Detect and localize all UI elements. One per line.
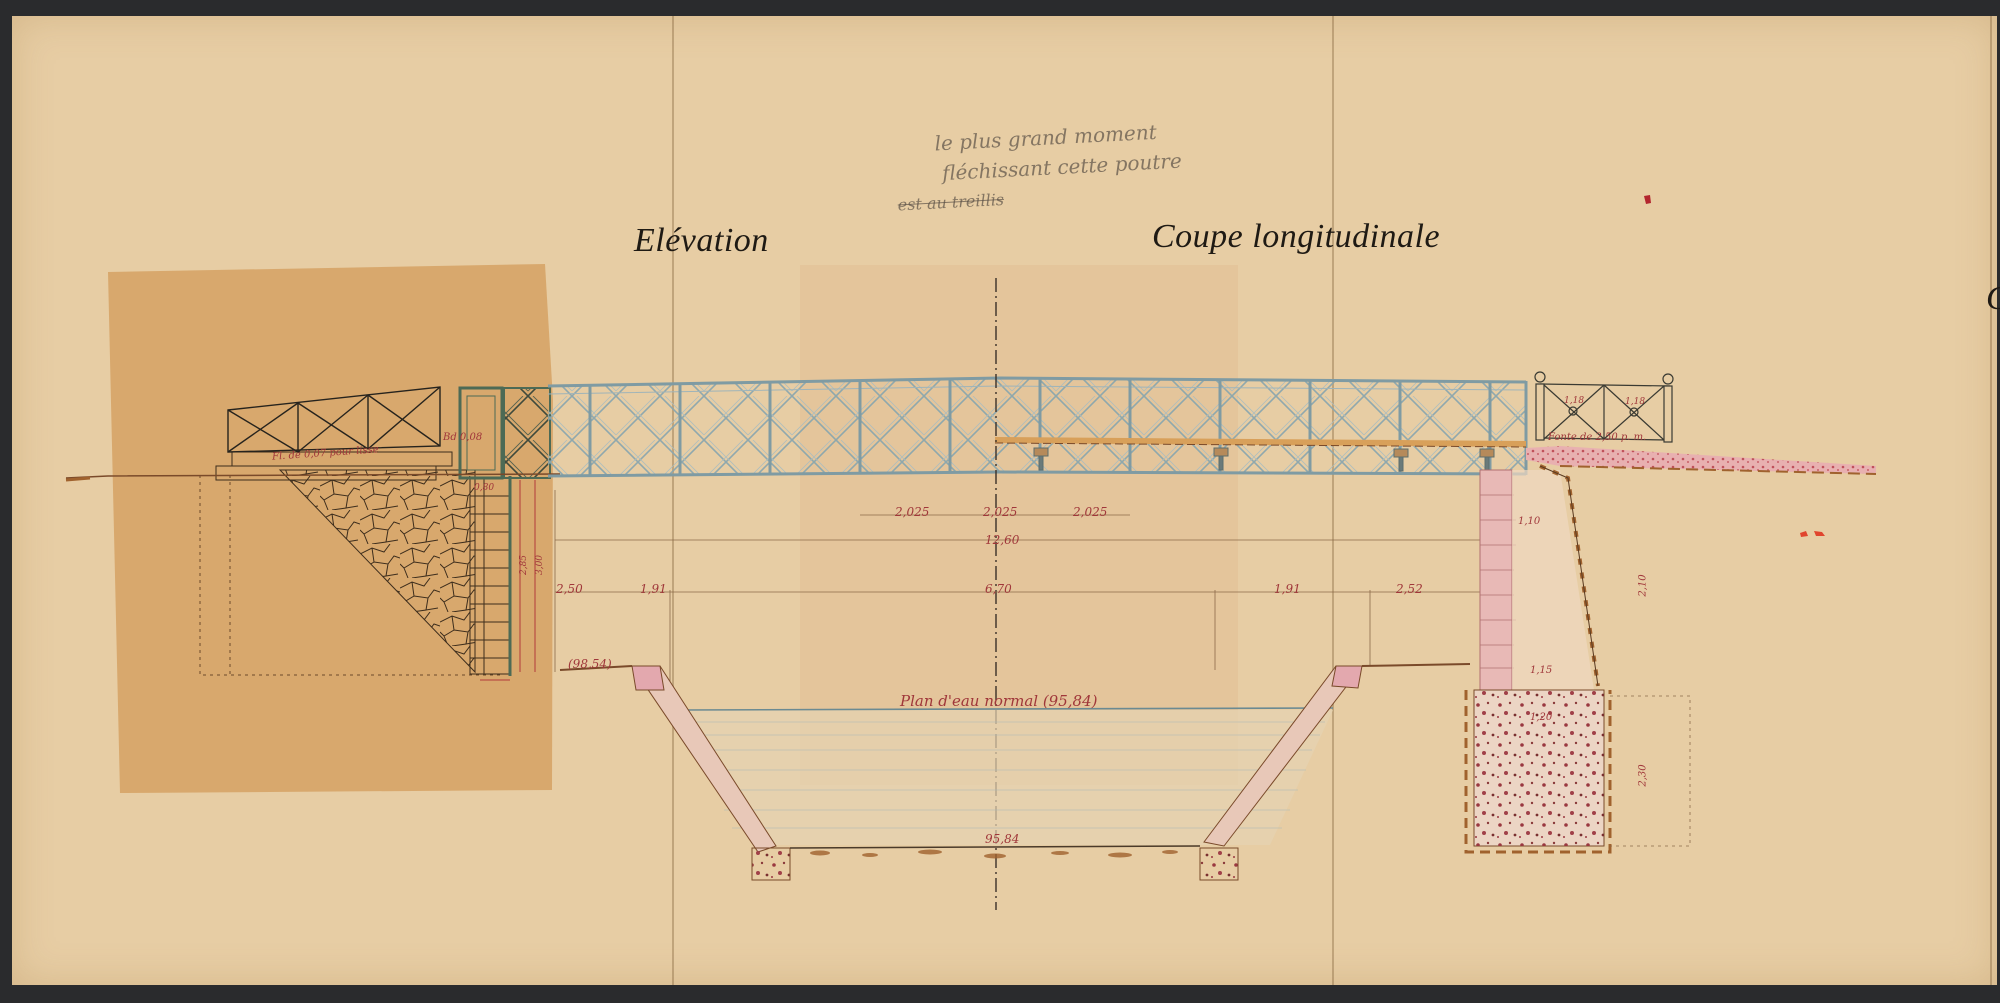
dim-railing-panel-right: 1,18 <box>1625 397 1645 407</box>
riverbed-level-label: 95,84 <box>985 832 1019 846</box>
right-abutment <box>1466 446 1876 852</box>
dim-panel-left: 2,025 <box>895 505 929 519</box>
dim-left-wall-width: 0,80 <box>474 483 494 493</box>
water-level-label: Plan d'eau normal (95,84) <box>900 692 1097 710</box>
dim-foundation-width: 1,20 <box>1530 712 1552 723</box>
dim-abutment-height: 2,10 <box>1638 574 1649 596</box>
section-title: Coupe longitudinale <box>1152 218 1440 256</box>
dim-left-wall-height: 2,85 <box>519 555 529 575</box>
tracing-paper-overlay <box>108 264 553 793</box>
ink-spot <box>1644 195 1651 204</box>
dim-abutment-top: 1,10 <box>1518 516 1540 527</box>
right-edge-title-fragment: C <box>1986 280 2000 318</box>
dim-abutment-base: 1,15 <box>1530 665 1552 676</box>
dim-panel-center: 2,025 <box>983 505 1017 519</box>
pencil-annotation: le plus grand moment fléchissant cette p… <box>934 116 1184 219</box>
dim-right-inner: 1,91 <box>1274 582 1301 596</box>
dim-left-inner: 1,91 <box>640 582 667 596</box>
dim-parapet: Bd 0,08 <box>443 432 482 443</box>
dim-left-offset: 2,50 <box>556 582 583 596</box>
dim-left-wall-total: 3,00 <box>535 555 545 575</box>
dim-panel-right: 2,025 <box>1073 505 1107 519</box>
dim-foundation-depth: 2,30 <box>1638 764 1649 786</box>
dim-bank-left-level: (98,54) <box>568 657 612 671</box>
dim-span-total: 12,60 <box>985 533 1019 547</box>
dim-railing-panel-left: 1,18 <box>1564 396 1584 406</box>
lattice-girder <box>548 378 1526 476</box>
elevation-title: Elévation <box>634 222 769 260</box>
ink-spot <box>1800 531 1825 537</box>
dim-railing-right: Fonte de 2,50 p. m. <box>1548 432 1646 443</box>
dim-right-offset: 2,52 <box>1396 582 1423 596</box>
dim-center-height: 6,70 <box>985 582 1012 596</box>
